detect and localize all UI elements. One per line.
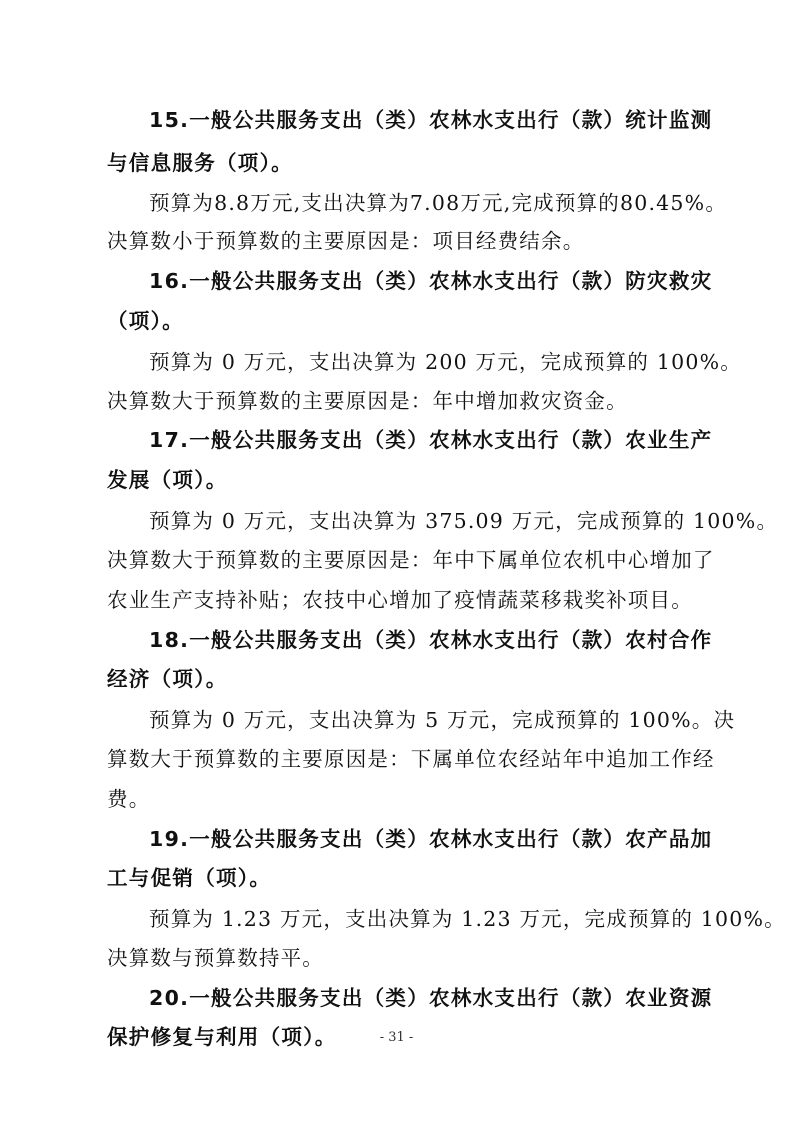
section-15-heading-line-2: 与信息服务（项）。 xyxy=(107,146,293,176)
section-18-body-line-1: 预算为 0 万元，支出决算为 5 万元，完成预算的 100%。决 xyxy=(149,703,735,733)
section-18-heading-line-1: 18.一般公共服务支出（类）农林水支出行（款）农村合作 xyxy=(149,623,712,653)
section-19-body-line-1: 预算为 1.23 万元，支出决算为 1.23 万元，完成预算的 100%。 xyxy=(149,902,786,932)
section-18-body-line-2: 算数大于预算数的主要原因是：下属单位农经站年中追加工作经 xyxy=(107,742,715,772)
section-15-body-line-1: 预算为8.8万元,支出决算为7.08万元,完成预算的80.45%。 xyxy=(149,186,727,216)
section-17-body-line-2: 决算数大于预算数的主要原因是：年中下属单位农机中心增加了 xyxy=(107,543,715,573)
section-16-heading-line-2: （项）。 xyxy=(107,304,184,334)
section-19-heading-line-1: 19.一般公共服务支出（类）农林水支出行（款）农产品加 xyxy=(149,822,712,852)
section-17-heading-line-1: 17.一般公共服务支出（类）农林水支出行（款）农业生产 xyxy=(149,423,712,453)
section-17-body-line-3: 农业生产支持补贴；农技中心增加了疫情蔬菜移栽奖补项目。 xyxy=(107,583,693,613)
section-16-body-line-1: 预算为 0 万元，支出决算为 200 万元，完成预算的 100%。 xyxy=(149,345,742,375)
page-number: - 31 - xyxy=(0,1030,793,1045)
section-15-heading-line-1: 15.一般公共服务支出（类）农林水支出行（款）统计监测 xyxy=(149,103,712,133)
section-17-heading-line-2: 发展（项）。 xyxy=(107,463,228,493)
section-16-heading-line-1: 16.一般公共服务支出（类）农林水支出行（款）防灾救灾 xyxy=(149,264,712,294)
section-18-heading-line-2: 经济（项）。 xyxy=(107,662,228,692)
section-17-body-line-1: 预算为 0 万元，支出决算为 375.09 万元，完成预算的 100%。 xyxy=(149,504,778,534)
section-15-body-line-2: 决算数小于预算数的主要原因是：项目经费结余。 xyxy=(107,224,584,254)
section-18-body-line-3: 费。 xyxy=(107,782,150,812)
section-19-body-line-2: 决算数与预算数持平。 xyxy=(107,941,324,971)
section-20-heading-line-1: 20.一般公共服务支出（类）农林水支出行（款）农业资源 xyxy=(149,981,712,1011)
section-19-heading-line-2: 工与促销（项）。 xyxy=(107,861,271,891)
section-16-body-line-2: 决算数大于预算数的主要原因是：年中增加救灾资金。 xyxy=(107,384,628,414)
